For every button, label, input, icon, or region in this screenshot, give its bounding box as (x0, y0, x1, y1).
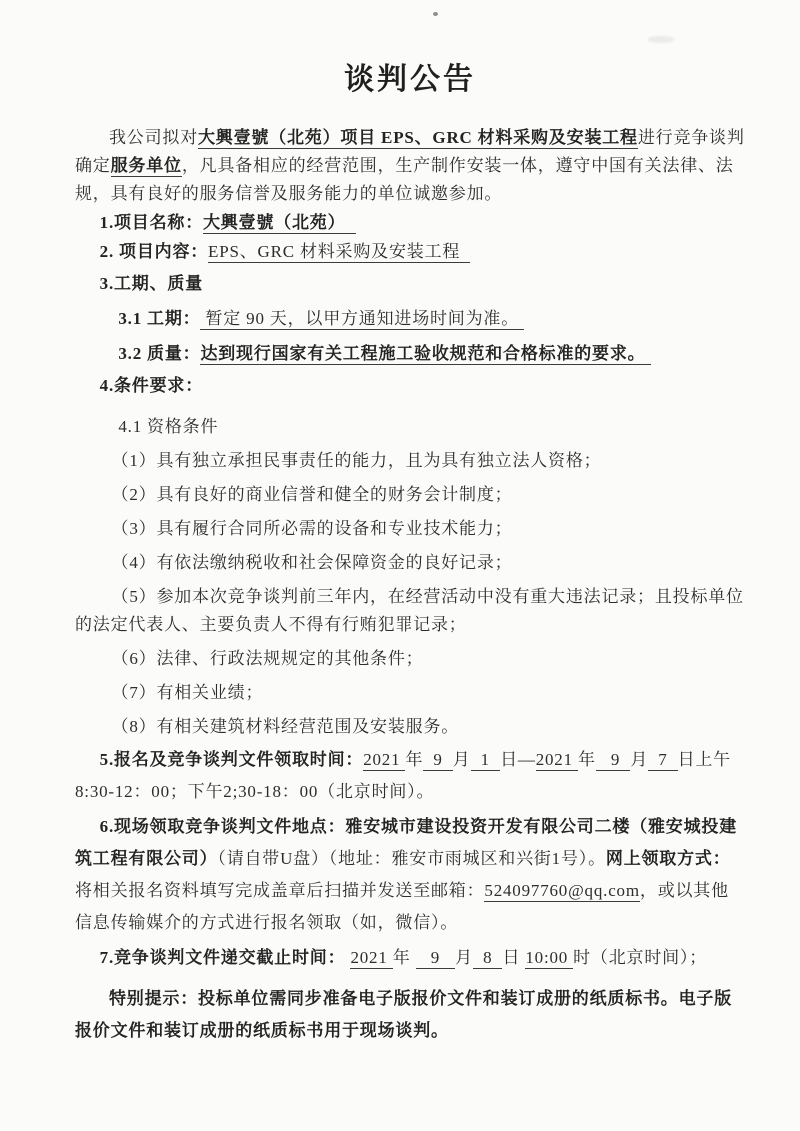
underlined-text-run: 9 (416, 948, 456, 969)
underlined-text-run: 2021 (536, 750, 578, 771)
underlined-text-run: 达到现行国家有关工程施工验收规范和合格标准的要求。 (200, 344, 650, 365)
condition-5: （5）参加本次竞争谈判前三年内，在经营活动中没有重大违法记录；且投标单位的法定代… (75, 583, 745, 639)
text-run: 网上领取方式： (606, 849, 731, 868)
text-run: 日— (500, 750, 536, 769)
text-run: 年 (405, 750, 423, 769)
underlined-text-run: 9 (423, 750, 453, 771)
condition-1: （1）具有独立承担民事责任的能力，且为具有独立法人资格； (75, 447, 745, 475)
underlined-text-run: 2021 (350, 948, 392, 969)
text-run: 3.1 工期： (118, 309, 200, 328)
text-run: （5）参加本次竞争谈判前三年内，在经营活动中没有重大违法记录；且投标单位的法定代… (75, 587, 744, 634)
text-run: 4.条件要求： (100, 376, 203, 395)
text-run: 月 (453, 750, 471, 769)
underlined-text-run: 1 (471, 750, 501, 771)
text-run: 时（北京时间）； (573, 948, 707, 967)
condition-7: （7）有相关业绩； (75, 679, 745, 707)
intro-paragraph: 我公司拟对大興壹號（北苑）项目 EPS、GRC 材料采购及安装工程进行竞争谈判确… (75, 124, 745, 208)
underlined-text-run: 10:00 (525, 948, 573, 969)
text-run: （7）有相关业绩； (112, 683, 264, 702)
item-project-name: 1.项目名称：大興壹號（北苑） (75, 209, 745, 237)
section-6-pickup-location: 6.现场领取竞争谈判文件地点：雅安城市建设投资开发有限公司二楼（雅安城投建筑工程… (75, 811, 745, 939)
section-duration-quality: 3.工期、质量 (75, 270, 745, 298)
text-run: 5.报名及竞争谈判文件领取时间： (100, 750, 364, 769)
text-run: 月 (455, 948, 473, 967)
text-run: 日 (502, 948, 525, 967)
underlined-text-run: 暂定 90 天，以甲方通知进场时间为准。 (200, 309, 524, 330)
scan-speck-icon (433, 12, 438, 16)
text-run: 6.现场领取竞争谈判文件地点： (100, 817, 346, 836)
text-run: （2）具有良好的商业信誉和健全的财务会计制度； (112, 485, 513, 504)
underlined-text-run: EPS、GRC 材料采购及安装工程 (208, 242, 470, 263)
sub-duration: 3.1 工期： 暂定 90 天，以甲方通知进场时间为准。 (75, 305, 745, 333)
text-run: 2. 项目内容： (100, 242, 208, 261)
sub-qualification: 4.1 资格条件 (75, 413, 745, 441)
sub-quality: 3.2 质量：达到现行国家有关工程施工验收规范和合格标准的要求。 (75, 340, 745, 368)
section-5-doc-pickup-time: 5.报名及竞争谈判文件领取时间：2021 年 9 月 1 日—2021 年 9 … (75, 744, 745, 808)
condition-4: （4）有依法缴纳税收和社会保障资金的良好记录； (75, 549, 745, 577)
underlined-text-run: 524097760@qq.com (484, 881, 639, 902)
text-run: 年 (578, 750, 596, 769)
condition-8: （8）有相关建筑材料经营范围及安装服务。 (75, 713, 745, 741)
text-run: 4.1 资格条件 (118, 417, 218, 436)
text-run: （3）具有履行合同所必需的设备和专业技术能力； (112, 519, 513, 538)
underlined-text-run: 大興壹號（北苑）项目 EPS、GRC 材料采购及安装工程 (198, 128, 638, 149)
text-run: （8）有相关建筑材料经营范围及安装服务。 (112, 717, 460, 736)
page-title: 谈判公告 (75, 54, 745, 98)
text-run: （1）具有独立承担民事责任的能力，且为具有独立法人资格； (112, 451, 602, 470)
text-run: （6）法律、行政法规规定的其他条件； (112, 649, 424, 668)
scan-smudge-icon (648, 36, 674, 43)
text-run: （请自带U盘）（地址：雅安市雨城区和兴街1号）。 (217, 849, 605, 868)
text-run: 年 (393, 948, 416, 967)
underlined-text-run: 7 (648, 750, 678, 771)
underlined-text-run: 9 (596, 750, 631, 771)
condition-6: （6）法律、行政法规规定的其他条件； (75, 645, 745, 673)
text-run: 3.工期、质量 (100, 274, 203, 293)
text-run: 1.项目名称： (100, 213, 203, 232)
underlined-text-run: 大興壹號（北苑） (203, 213, 356, 234)
item-project-content: 2. 项目内容：EPS、GRC 材料采购及安装工程 (75, 238, 745, 266)
special-note: 特别提示：投标单位需同步准备电子版报价文件和装订成册的纸质标书。电子版报价文件和… (75, 983, 745, 1047)
underlined-text-run: 2021 (363, 750, 405, 771)
underlined-text-run: 服务单位 (111, 156, 182, 177)
document-body: 我公司拟对大興壹號（北苑）项目 EPS、GRC 材料采购及安装工程进行竞争谈判确… (75, 124, 745, 1047)
text-run: （4）有依法缴纳税收和社会保障资金的良好记录； (112, 553, 513, 572)
condition-3: （3）具有履行合同所必需的设备和专业技术能力； (75, 515, 745, 543)
section-requirements: 4.条件要求： (75, 372, 745, 400)
underlined-text-run: 8 (473, 948, 503, 969)
condition-2: （2）具有良好的商业信誉和健全的财务会计制度； (75, 481, 745, 509)
section-7-deadline: 7.竞争谈判文件递交截止时间： 2021 年 9 月 8 日 10:00 时（北… (75, 942, 745, 974)
text-run: 特别提示：投标单位需同步准备电子版报价文件和装订成册的纸质标书。电子版报价文件和… (75, 989, 732, 1040)
document-page: 谈判公告 我公司拟对大興壹號（北苑）项目 EPS、GRC 材料采购及安装工程进行… (0, 0, 800, 1131)
text-run: 月 (630, 750, 648, 769)
text-run: 将相关报名资料填写完成盖章后扫描并发送至邮箱： (75, 881, 484, 900)
text-run: 7.竞争谈判文件递交截止时间： (100, 948, 346, 967)
text-run: 我公司拟对 (109, 128, 198, 147)
text-run: 3.2 质量： (118, 344, 200, 363)
